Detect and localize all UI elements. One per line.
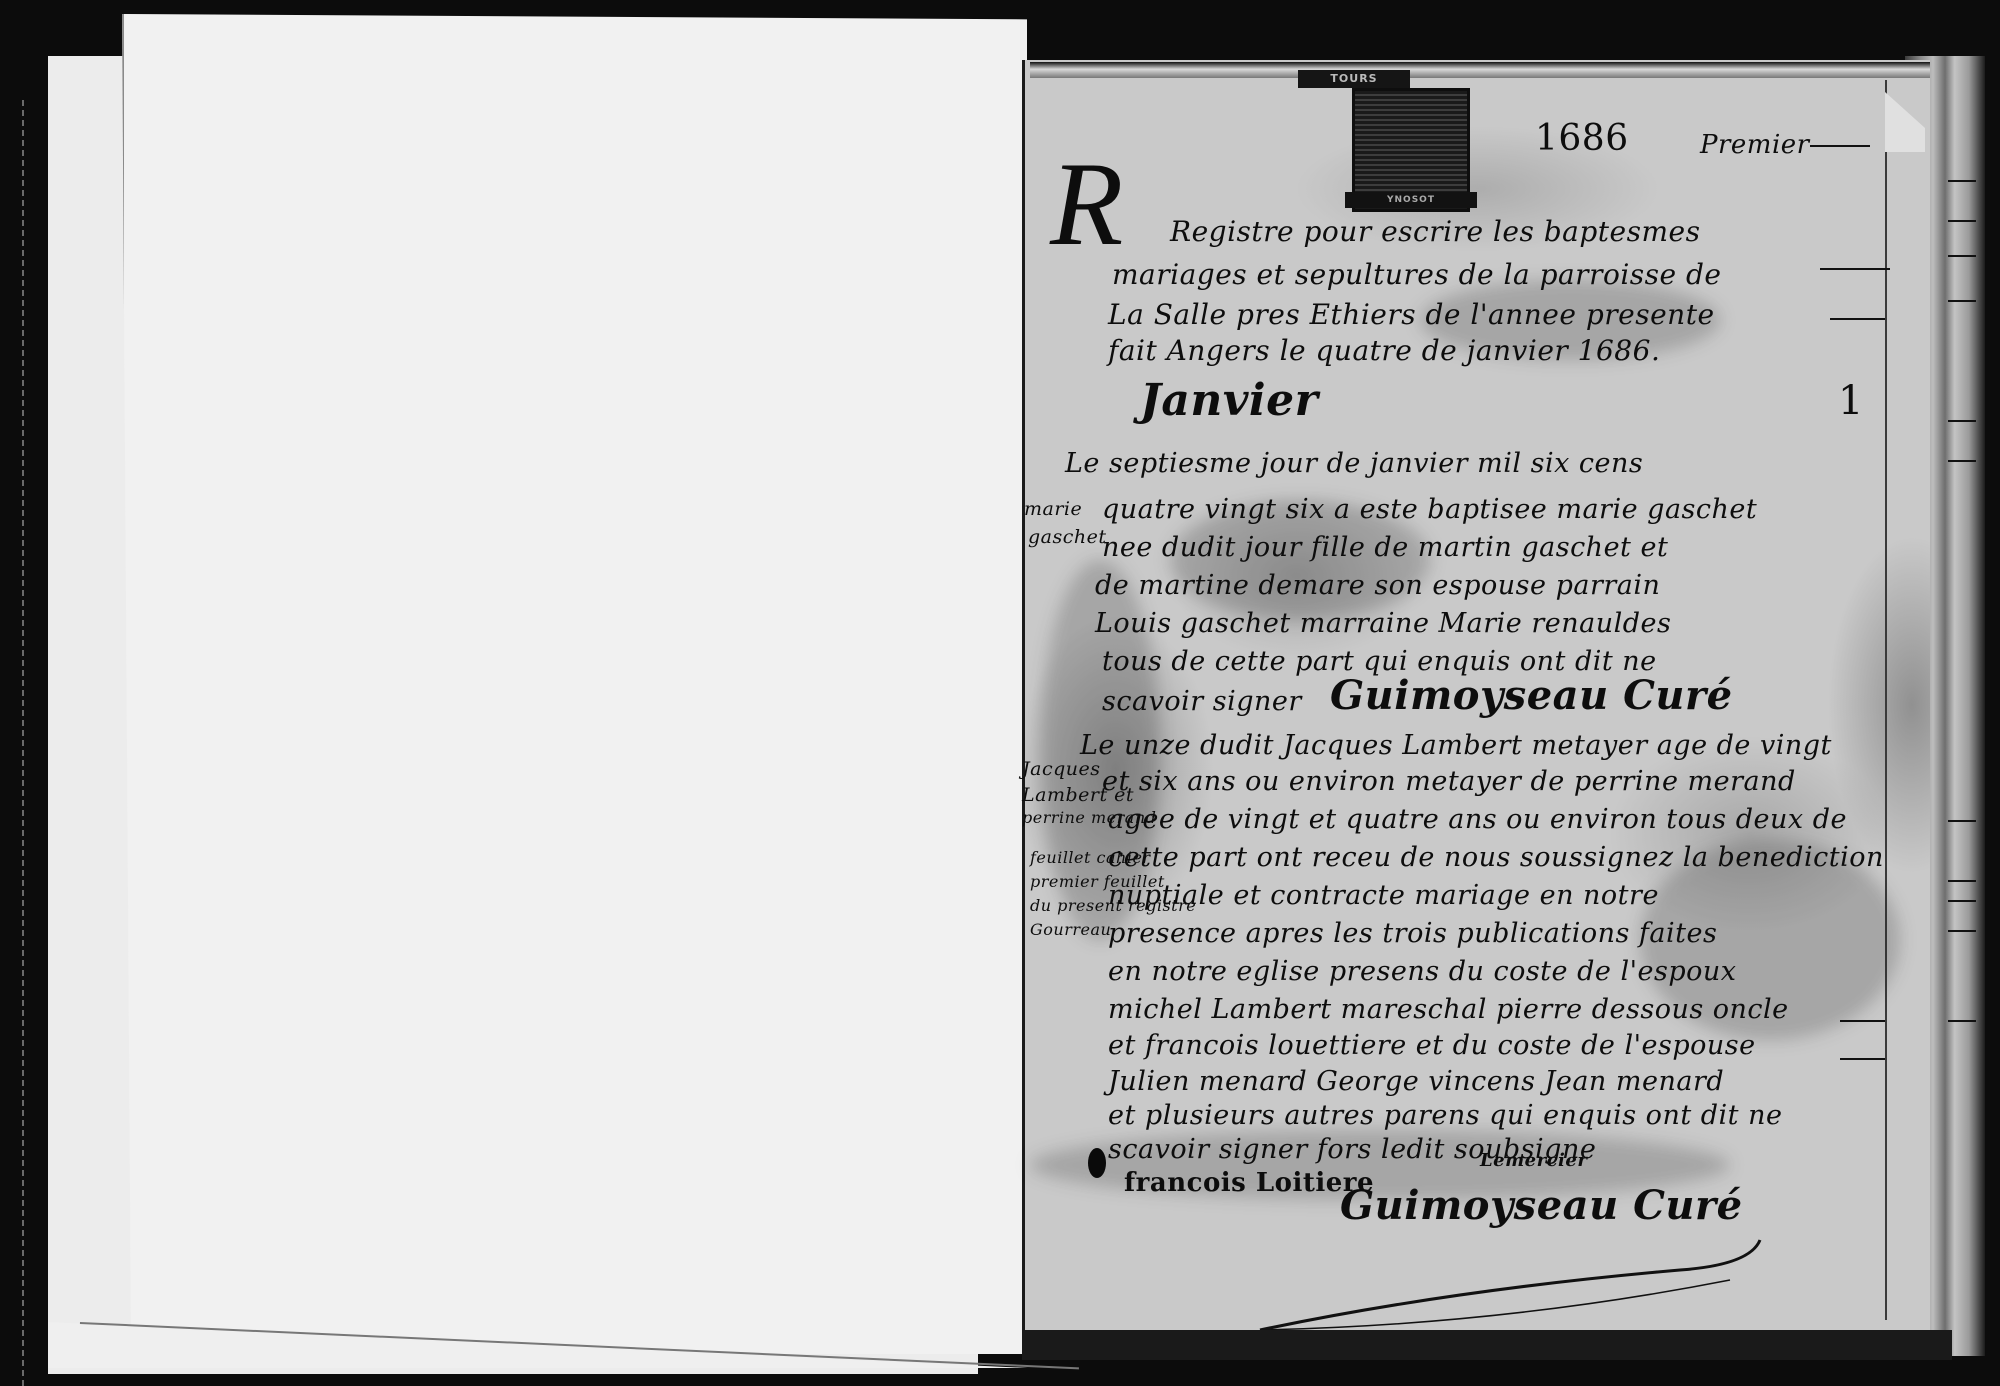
month-heading: Janvier: [1140, 375, 1318, 426]
decorative-initial: R: [1050, 135, 1124, 273]
entry-line: Louis gaschet marraine Marie renauldes: [1095, 608, 1671, 639]
page-crease: [1885, 80, 1887, 1320]
stamp-base: YNOSOT: [1345, 192, 1477, 208]
margin-note-name: marie: [1024, 498, 1082, 520]
year-header: 1686: [1535, 118, 1629, 159]
entry-line: nuptiale et contracte mariage en notre: [1108, 880, 1659, 911]
line-filler: [1840, 1020, 1885, 1022]
witness-signature: francois Loitiere: [1124, 1168, 1374, 1198]
title-line: Registre pour escrire les baptesmes: [1170, 215, 1700, 248]
line-filler: [1820, 268, 1890, 270]
entry-line: agee de vingt et quatre ans ou environ t…: [1108, 804, 1847, 835]
scanner-edge-marks: [22, 100, 24, 1386]
entry-line: Le septiesme jour de janvier mil six cen…: [1065, 448, 1643, 479]
stamp-header: TOURS: [1298, 70, 1410, 88]
line-filler: [1840, 1058, 1885, 1060]
entry-line: Julien menard George vincens Jean menard: [1108, 1066, 1724, 1097]
entry-line: et francois louettiere et du coste de l'…: [1108, 1030, 1756, 1061]
title-line: La Salle pres Ethiers de l'annee present…: [1108, 298, 1715, 331]
margin-note-reference: Gourreau: [1030, 920, 1111, 939]
entry-line: michel Lambert mareschal pierre dessous …: [1108, 994, 1789, 1025]
title-line: fait Angers le quatre de janvier 1686.: [1108, 334, 1660, 367]
line-filler: [1830, 318, 1885, 320]
entry-line: presence apres les trois publications fa…: [1108, 918, 1717, 949]
entry-line: Le unze dudit Jacques Lambert metayer ag…: [1080, 730, 1832, 761]
priest-signature: Guimoyseau Curé: [1330, 672, 1733, 719]
blank-left-page: [122, 14, 1027, 1354]
signature-flourish-icon: [1250, 1230, 1770, 1340]
margin-note-name: Jacques: [1022, 758, 1100, 780]
entry-line: scavoir signer: [1102, 686, 1302, 717]
entry-line: et plusieurs autres parens qui enquis on…: [1108, 1100, 1782, 1131]
ink-blot: [1088, 1148, 1106, 1178]
entry-line: de martine demare son espouse parrain: [1095, 570, 1660, 601]
witness-signature: Lemercier: [1480, 1150, 1587, 1171]
entry-line: quatre vingt six a este baptisee marie g…: [1102, 494, 1757, 525]
page-top-edge: [1030, 62, 1930, 78]
priest-signature: Guimoyseau Curé: [1340, 1182, 1743, 1229]
page-stack-ticks: [1948, 120, 1976, 1320]
folio-number: 1: [1838, 378, 1864, 424]
folio-label: Premier: [1700, 130, 1810, 160]
title-line: mariages et sepultures de la parroisse d…: [1112, 258, 1721, 291]
entry-line: en notre eglise presens du coste de l'es…: [1108, 956, 1737, 987]
page-bottom-edge: [1022, 1330, 1952, 1360]
margin-note-name: gaschet: [1028, 526, 1107, 548]
entry-line: cette part ont receu de nous soussignez …: [1108, 842, 1884, 873]
entry-line: et six ans ou environ metayer de perrine…: [1102, 766, 1796, 797]
entry-line: nee dudit jour fille de martin gaschet e…: [1102, 532, 1668, 563]
